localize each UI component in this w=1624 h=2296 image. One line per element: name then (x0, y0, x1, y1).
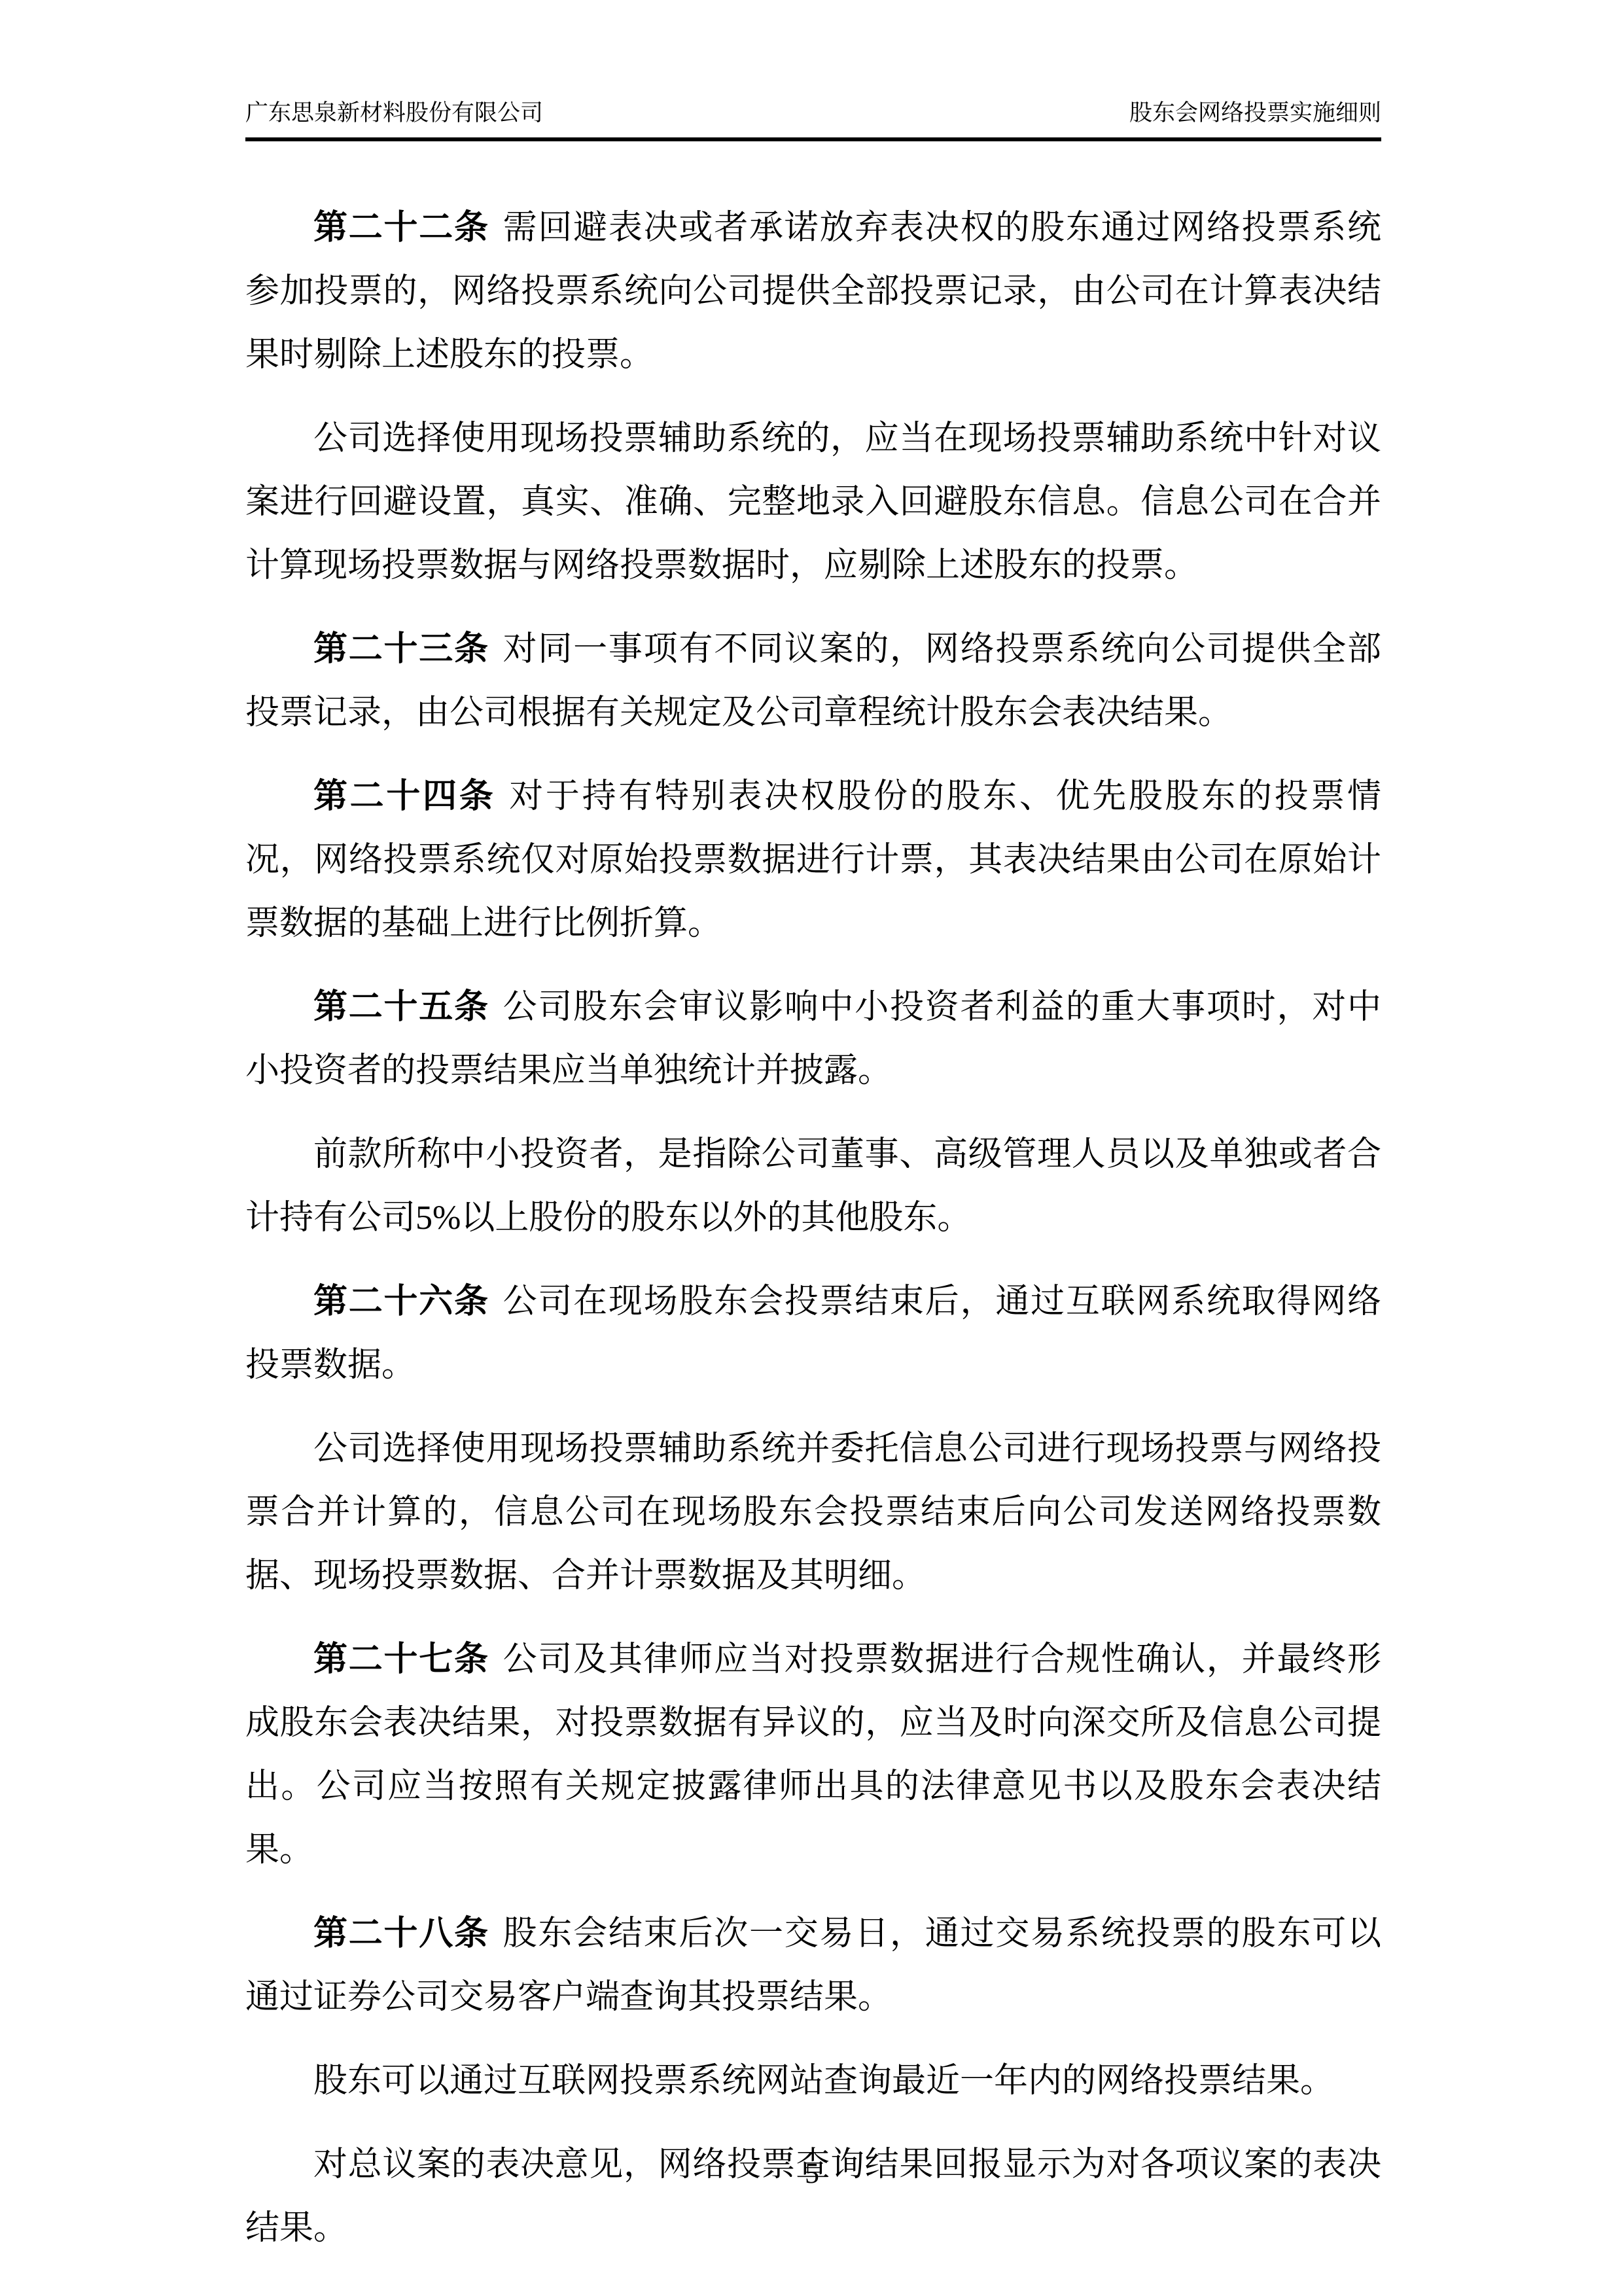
article-28-number: 第二十八条 (313, 1915, 489, 1952)
article-24-number: 第二十四条 (313, 778, 495, 815)
document-body: 第二十二条需回避表决或者承诺放弃表决权的股东通过网络投票系统参加投票的，网络投票… (245, 196, 1381, 2260)
header-document-title: 股东会网络投票实施细则 (1129, 98, 1381, 128)
page-number: 5 (805, 2157, 819, 2189)
paragraph-article-28: 第二十八条股东会结束后次一交易日，通过交易系统投票的股东可以通过证券公司交易客户… (245, 1902, 1381, 2029)
paragraph-site-voting-aid: 公司选择使用现场投票辅助系统的，应当在现场投票辅助系统中针对议案进行回避设置，真… (245, 407, 1381, 597)
paragraph-general-proposal-result: 对总议案的表决意见，网络投票查询结果回报显示为对各项议案的表决结果。 (245, 2133, 1381, 2260)
article-26-number: 第二十六条 (313, 1283, 489, 1320)
paragraph-article-26: 第二十六条公司在现场股东会投票结束后，通过互联网系统取得网络投票数据。 (245, 1270, 1381, 1397)
paragraph-text: 前款所称中小投资者，是指除公司董事、高级管理人员以及单独或者合计持有公司5%以上… (245, 1136, 1381, 1237)
paragraph-article-22: 第二十二条需回避表决或者承诺放弃表决权的股东通过网络投票系统参加投票的，网络投票… (245, 196, 1381, 387)
page-header: 广东思泉新材料股份有限公司 股东会网络投票实施细则 (245, 98, 1381, 141)
page-footer: 5 (0, 2157, 1624, 2191)
article-25-number: 第二十五条 (313, 989, 489, 1026)
article-22-number: 第二十二条 (313, 209, 489, 247)
header-company-name: 广东思泉新材料股份有限公司 (245, 98, 543, 128)
article-27-number: 第二十七条 (313, 1641, 489, 1678)
paragraph-article-24: 第二十四条对于持有特别表决权股份的股东、优先股股东的投票情况，网络投票系统仅对原… (245, 765, 1381, 955)
paragraph-merged-counting: 公司选择使用现场投票辅助系统并委托信息公司进行现场投票与网络投票合并计算的，信息… (245, 1417, 1381, 1608)
article-23-number: 第二十三条 (313, 631, 489, 668)
paragraph-internet-query: 股东可以通过互联网投票系统网站查询最近一年内的网络投票结果。 (245, 2049, 1381, 2113)
paragraph-text: 公司选择使用现场投票辅助系统并委托信息公司进行现场投票与网络投票合并计算的，信息… (245, 1430, 1381, 1595)
paragraph-article-23: 第二十三条对同一事项有不同议案的，网络投票系统向公司提供全部投票记录，由公司根据… (245, 618, 1381, 745)
content-area: 广东思泉新材料股份有限公司 股东会网络投票实施细则 第二十二条需回避表决或者承诺… (245, 98, 1381, 2280)
paragraph-article-25: 第二十五条公司股东会审议影响中小投资者利益的重大事项时，对中小投资者的投票结果应… (245, 976, 1381, 1103)
paragraph-article-27: 第二十七条公司及其律师应当对投票数据进行合规性确认，并最终形成股东会表决结果，对… (245, 1628, 1381, 1882)
paragraph-text: 股东可以通过互联网投票系统网站查询最近一年内的网络投票结果。 (313, 2062, 1334, 2100)
paragraph-text: 公司选择使用现场投票辅助系统的，应当在现场投票辅助系统中针对议案进行回避设置，真… (245, 420, 1381, 584)
document-page: { "header": { "left": "广东思泉新材料股份有限公司", "… (0, 0, 1624, 2296)
paragraph-minor-investors-definition: 前款所称中小投资者，是指除公司董事、高级管理人员以及单独或者合计持有公司5%以上… (245, 1123, 1381, 1250)
